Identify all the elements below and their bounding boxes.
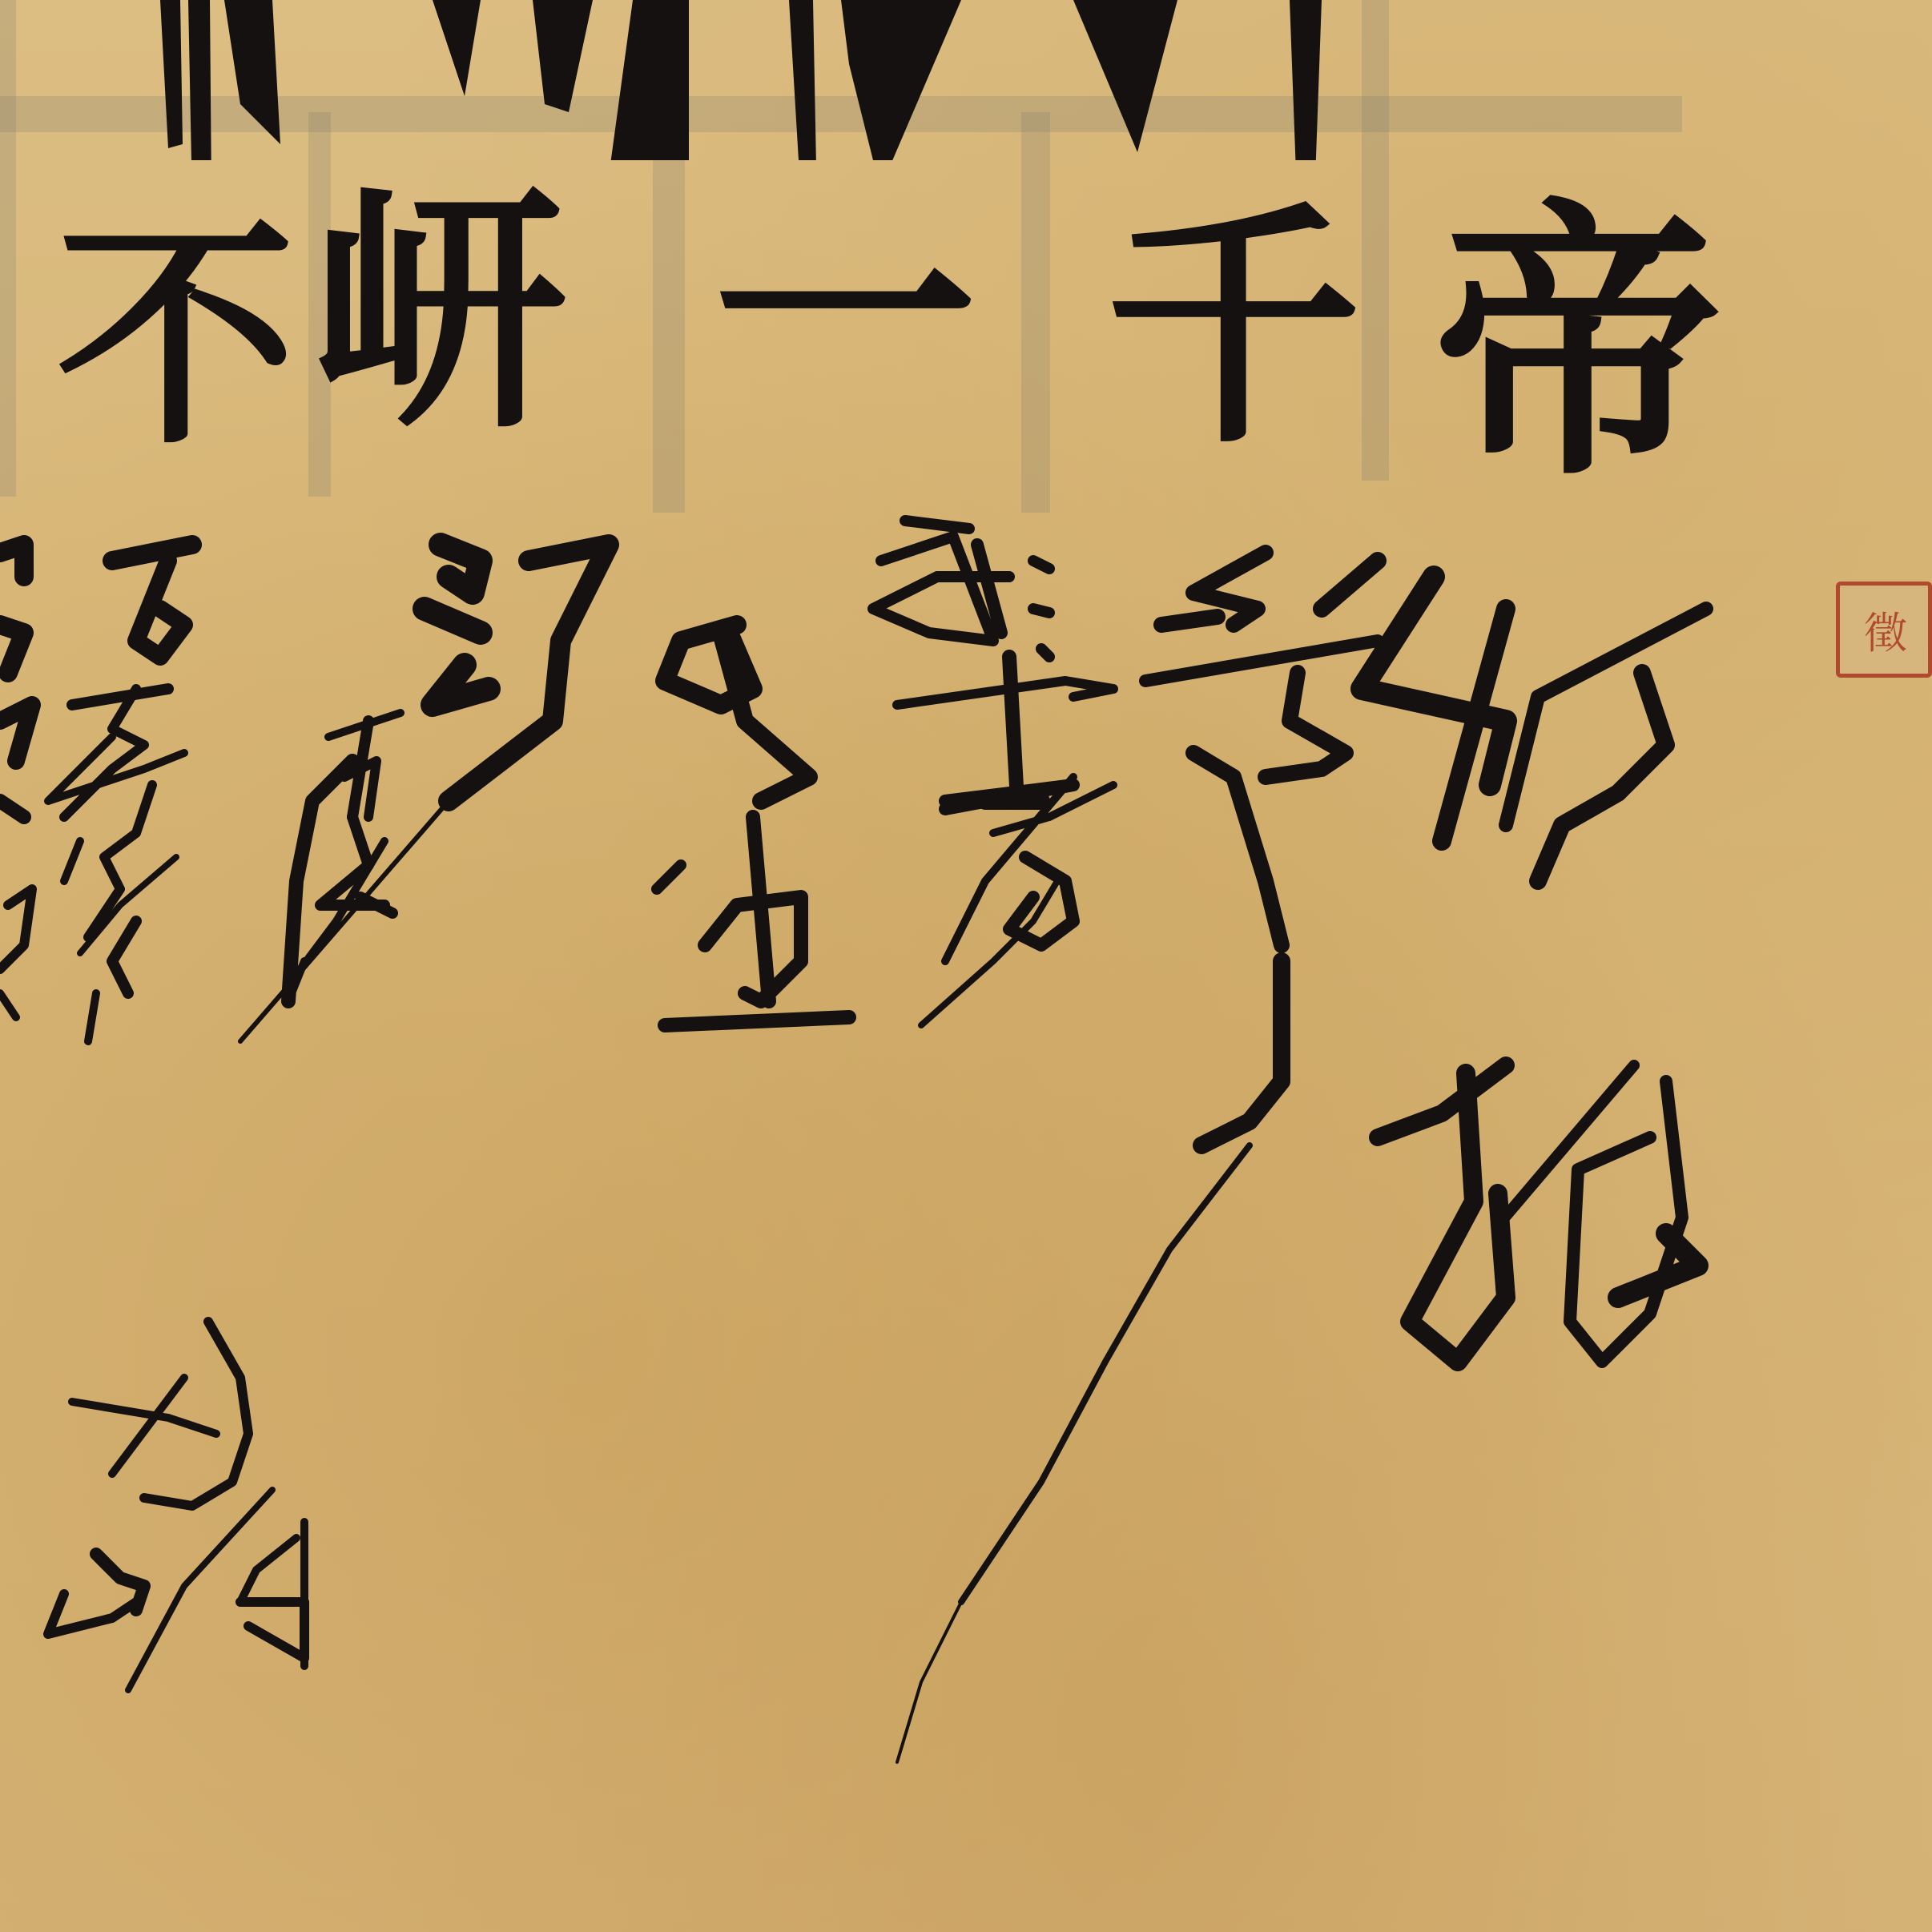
cursive-script-strokes <box>0 0 1932 1932</box>
red-seal-stamp: 徵 <box>1836 582 1932 678</box>
calligraphy-paper: 不 岍 一 千 帝 <box>0 0 1932 1932</box>
